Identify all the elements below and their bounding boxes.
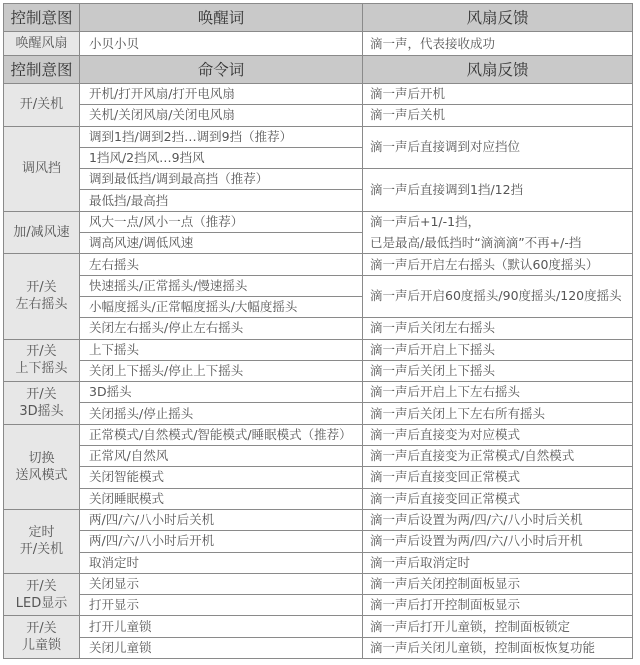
wake-feedback: 滴一声，代表接收成功 [363, 32, 633, 56]
command-cell: 小幅度摇头/正常幅度摇头/大幅度摇头 [80, 296, 363, 317]
intent-cell: 开/关机 [4, 84, 80, 127]
command-row: 取消定时滴一声后取消定时 [4, 552, 633, 573]
header-intent: 控制意图 [4, 4, 80, 32]
command-cell: 最低挡/最高挡 [80, 190, 363, 211]
command-row: 关闭上下摇头/停止上下摇头滴一声后关闭上下摇头 [4, 360, 633, 381]
command-cell: 取消定时 [80, 552, 363, 573]
feedback-cell: 滴一声后直接变回正常模式 [363, 488, 633, 509]
command-row: 关机/关闭风扇/关闭电风扇滴一声后关机 [4, 105, 633, 126]
command-row: 加/减风速风大一点/风小一点（推荐）滴一声后+1/-1挡， [4, 211, 633, 232]
feedback-cell: 滴一声后直接变为正常模式/自然模式 [363, 446, 633, 467]
command-cell: 调到1挡/调到2挡…调到9挡（推荐） [80, 126, 363, 147]
command-cell: 风大一点/风小一点（推荐） [80, 211, 363, 232]
feedback-cell: 滴一声后关闭上下摇头 [363, 360, 633, 381]
command-row: 开/关机开机/打开风扇/打开电风扇滴一声后开机 [4, 84, 633, 105]
header-command-words: 命令词 [80, 56, 363, 84]
command-cell: 关闭左右摇头/停止左右摇头 [80, 318, 363, 339]
feedback-cell: 滴一声后开启上下摇头 [363, 339, 633, 360]
command-cell: 关闭儿童锁 [80, 637, 363, 658]
command-row: 关闭儿童锁滴一声后关闭儿童锁，控制面板恢复功能 [4, 637, 633, 658]
command-cell: 关机/关闭风扇/关闭电风扇 [80, 105, 363, 126]
command-cell: 关闭摇头/停止摇头 [80, 403, 363, 424]
feedback-cell: 滴一声后设置为两/四/六/八小时后关机 [363, 509, 633, 530]
command-cell: 两/四/六/八小时后开机 [80, 531, 363, 552]
command-row: 调到最低挡/调到最高挡（推荐）滴一声后直接调到1挡/12挡 [4, 169, 633, 190]
command-cell: 关闭智能模式 [80, 467, 363, 488]
command-cell: 关闭显示 [80, 573, 363, 594]
feedback-cell: 已是最高/最低挡时“滴滴滴”不再+/-挡 [363, 233, 633, 254]
command-cell: 关闭上下摇头/停止上下摇头 [80, 360, 363, 381]
command-cell: 左右摇头 [80, 254, 363, 275]
command-row: 调高风速/调低风速已是最高/最低挡时“滴滴滴”不再+/-挡 [4, 233, 633, 254]
intent-cell: 加/减风速 [4, 211, 80, 254]
feedback-cell: 滴一声后直接调到1挡/12挡 [363, 169, 633, 212]
intent-cell: 开/关左右摇头 [4, 254, 80, 339]
feedback-cell: 滴一声后关机 [363, 105, 633, 126]
command-cell: 正常模式/自然模式/智能模式/睡眠模式（推荐） [80, 424, 363, 445]
command-cell: 3D摇头 [80, 382, 363, 403]
feedback-cell: 滴一声后设置为两/四/六/八小时后开机 [363, 531, 633, 552]
command-row: 关闭左右摇头/停止左右摇头滴一声后关闭左右摇头 [4, 318, 633, 339]
command-cell: 关闭睡眠模式 [80, 488, 363, 509]
header-wake-words: 唤醒词 [80, 4, 363, 32]
command-row: 开/关左右摇头左右摇头滴一声后开启左右摇头（默认60度摇头） [4, 254, 633, 275]
wake-words: 小贝小贝 [80, 32, 363, 56]
feedback-cell: 滴一声后关闭左右摇头 [363, 318, 633, 339]
command-cell: 快速摇头/正常摇头/慢速摇头 [80, 275, 363, 296]
header-intent: 控制意图 [4, 56, 80, 84]
feedback-cell: 滴一声后关闭儿童锁，控制面板恢复功能 [363, 637, 633, 658]
command-row: 正常风/自然风滴一声后直接变为正常模式/自然模式 [4, 446, 633, 467]
command-row: 切换送风模式正常模式/自然模式/智能模式/睡眠模式（推荐）滴一声后直接变为对应模… [4, 424, 633, 445]
feedback-cell: 滴一声后开启左右摇头（默认60度摇头） [363, 254, 633, 275]
command-cell: 正常风/自然风 [80, 446, 363, 467]
command-row: 打开显示滴一声后打开控制面板显示 [4, 595, 633, 616]
wake-intent: 唤醒风扇 [4, 32, 80, 56]
intent-cell: 调风挡 [4, 126, 80, 211]
intent-cell: 开/关上下摇头 [4, 339, 80, 382]
feedback-cell: 滴一声后+1/-1挡， [363, 211, 633, 232]
feedback-cell: 滴一声后直接变为对应模式 [363, 424, 633, 445]
command-cell: 两/四/六/八小时后关机 [80, 509, 363, 530]
wake-row: 唤醒风扇 小贝小贝 滴一声，代表接收成功 [4, 32, 633, 56]
command-row: 关闭睡眠模式滴一声后直接变回正常模式 [4, 488, 633, 509]
feedback-cell: 滴一声后直接变回正常模式 [363, 467, 633, 488]
command-cell: 开机/打开风扇/打开电风扇 [80, 84, 363, 105]
feedback-cell: 滴一声后取消定时 [363, 552, 633, 573]
command-cell: 打开显示 [80, 595, 363, 616]
feedback-cell: 滴一声后开机 [363, 84, 633, 105]
intent-cell: 开/关儿童锁 [4, 616, 80, 659]
command-row: 两/四/六/八小时后开机滴一声后设置为两/四/六/八小时后开机 [4, 531, 633, 552]
header-feedback: 风扇反馈 [363, 4, 633, 32]
wake-header-row: 控制意图 唤醒词 风扇反馈 [4, 4, 633, 32]
command-cell: 调高风速/调低风速 [80, 233, 363, 254]
command-cell: 调到最低挡/调到最高挡（推荐） [80, 169, 363, 190]
feedback-cell: 滴一声后打开控制面板显示 [363, 595, 633, 616]
command-row: 开/关上下摇头上下摇头滴一声后开启上下摇头 [4, 339, 633, 360]
command-cell: 上下摇头 [80, 339, 363, 360]
feedback-cell: 滴一声后打开儿童锁，控制面板锁定 [363, 616, 633, 637]
command-cell: 打开儿童锁 [80, 616, 363, 637]
command-row: 关闭摇头/停止摇头滴一声后关闭上下左右所有摇头 [4, 403, 633, 424]
feedback-cell: 滴一声后关闭控制面板显示 [363, 573, 633, 594]
feedback-cell: 滴一声后开启60度摇头/90度摇头/120度摇头 [363, 275, 633, 318]
command-row: 开/关儿童锁打开儿童锁滴一声后打开儿童锁，控制面板锁定 [4, 616, 633, 637]
intent-cell: 切换送风模式 [4, 424, 80, 509]
command-header-row: 控制意图 命令词 风扇反馈 [4, 56, 633, 84]
command-row: 开/关LED显示关闭显示滴一声后关闭控制面板显示 [4, 573, 633, 594]
command-row: 定时开/关机两/四/六/八小时后关机滴一声后设置为两/四/六/八小时后关机 [4, 509, 633, 530]
voice-command-table: 控制意图 唤醒词 风扇反馈 唤醒风扇 小贝小贝 滴一声，代表接收成功 控制意图 … [3, 3, 633, 659]
intent-cell: 开/关3D摇头 [4, 382, 80, 425]
command-row: 快速摇头/正常摇头/慢速摇头滴一声后开启60度摇头/90度摇头/120度摇头 [4, 275, 633, 296]
command-row: 开/关3D摇头3D摇头滴一声后开启上下左右摇头 [4, 382, 633, 403]
feedback-cell: 滴一声后关闭上下左右所有摇头 [363, 403, 633, 424]
intent-cell: 开/关LED显示 [4, 573, 80, 616]
header-feedback: 风扇反馈 [363, 56, 633, 84]
feedback-cell: 滴一声后直接调到对应挡位 [363, 126, 633, 169]
feedback-cell: 滴一声后开启上下左右摇头 [363, 382, 633, 403]
intent-cell: 定时开/关机 [4, 509, 80, 573]
command-cell: 1挡风/2挡风…9挡风 [80, 147, 363, 168]
command-row: 关闭智能模式滴一声后直接变回正常模式 [4, 467, 633, 488]
command-row: 调风挡调到1挡/调到2挡…调到9挡（推荐）滴一声后直接调到对应挡位 [4, 126, 633, 147]
